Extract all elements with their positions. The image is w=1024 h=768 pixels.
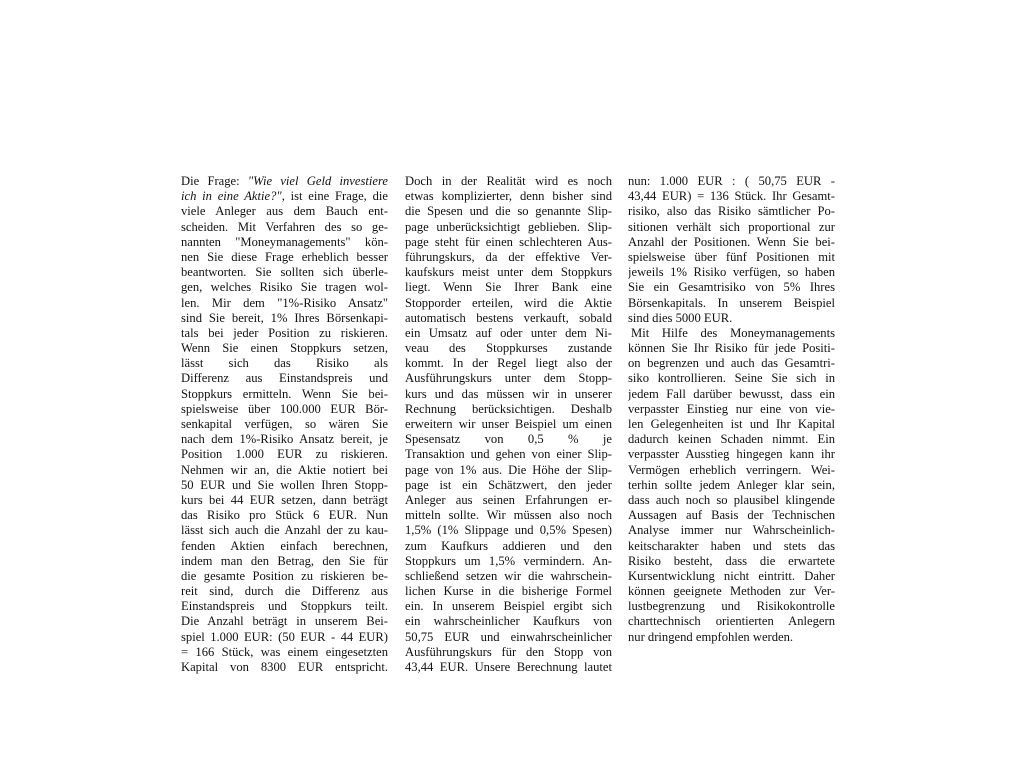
text-line: sind dies 5000 EUR. (628, 311, 835, 326)
text-line: Transaktion und gehen von einer Slip- (405, 447, 612, 462)
text-line: 50 EUR und Sie wollen Ihren Stopp- (181, 478, 388, 493)
text-line: len. Mir dem "1%-Risiko Ansatz" (181, 296, 388, 311)
text-line: lustbegrenzung und Risikokontrolle (628, 599, 835, 614)
text-line: beantworten. Sie sollten sich überle- (181, 265, 388, 280)
text-line: Einstandspreis und Stoppkurs teilt. (181, 599, 388, 614)
text-column-2: Doch in der Realität wird es noch etwas … (405, 174, 612, 675)
text-line: liegt. Wenn Sie Ihrer Bank eine (405, 280, 612, 295)
text-line: Sie ein Gesamtrisiko von 5% Ihres (628, 280, 835, 295)
text-line: können geeignete Methoden zur Ver- (628, 584, 835, 599)
text-line: Anleger aus seinen Erfahrungen er- (405, 493, 612, 508)
text-line: Ausführungskurs unter dem Stopp- (405, 371, 612, 386)
text-line: Doch in der Realität wird es noch (405, 174, 612, 189)
text-line: Börsenkapitals. In unserem Beispiel (628, 296, 835, 311)
text-line: page von 1% aus. Die Höhe der Slip- (405, 463, 612, 478)
text-line: on begrenzen und auch das Gesamtri- (628, 356, 835, 371)
text-line: spielsweise über 100.000 EUR Bör- (181, 402, 388, 417)
text-line: charttechnisch orientierten Anlegern (628, 614, 835, 629)
text-line: das Risiko pro Stück 6 EUR. Nun (181, 508, 388, 523)
text-line: risiko, also das Risiko sämtlicher Po- (628, 204, 835, 219)
text-line: nun: 1.000 EUR : ( 50,75 EUR - (628, 174, 835, 189)
text-line: die Spesen und die so genannte Slip- (405, 204, 612, 219)
text-line: kurs und das müssen wir in unserer (405, 387, 612, 402)
text-line: Nehmen wir an, die Aktie notiert bei (181, 463, 388, 478)
document-page: Die Frage: "Wie viel Geld investiere ich… (0, 0, 1024, 768)
text-line: zum Kaufkurs addieren und den (405, 539, 612, 554)
text-line: führungskurs, da der effektive Ver- (405, 250, 612, 265)
text-line: gen, welches Risiko Sie tragen wol- (181, 280, 388, 295)
text-line: fenden Aktien einfach berechnen, (181, 539, 388, 554)
text-line: Differenz aus Einstandspreis und (181, 371, 388, 386)
text-line: die gesamte Position zu riskieren be- (181, 569, 388, 584)
text-line: verpasster Ausstieg hingegen kann ihr (628, 447, 835, 462)
text-line: indem man den Betrag, den Sie für (181, 554, 388, 569)
text-column-1: Die Frage: "Wie viel Geld investiere ich… (181, 174, 388, 675)
text-line: veau des Stoppkurses zustande (405, 341, 612, 356)
text-line: dass auch noch so plausibel klingende (628, 493, 835, 508)
text-line: siko kontrollieren. Seine Sie sich in (628, 371, 835, 386)
text-line: Kapital von 8300 EUR entspricht. (181, 660, 388, 675)
text-line: Position 1.000 EUR zu riskieren. (181, 447, 388, 462)
text-line: viele Anleger aus dem Bauch ent- (181, 204, 388, 219)
text-line: kurs bei 44 EUR setzen, dann beträgt (181, 493, 388, 508)
text-column-3: nun: 1.000 EUR : ( 50,75 EUR - 43,44 EUR… (628, 174, 835, 645)
text-line: = 166 Stück, was einem eingesetzten (181, 645, 388, 660)
text-line: Analyse immer nur Wahrscheinlich- (628, 523, 835, 538)
text-line: Kursentwicklung nicht eintritt. Daher (628, 569, 835, 584)
text-line: sitionen verhält sich proportional zur (628, 220, 835, 235)
text-line: Stoppkurs um 1,5% vermindern. An- (405, 554, 612, 569)
text-line: nur dringend empfohlen werden. (628, 630, 835, 645)
text-line: Mit Hilfe des Moneymanagements (628, 326, 835, 341)
text-line: können Sie Ihr Risiko für jede Positi- (628, 341, 835, 356)
text-line: 43,44 EUR) = 136 Stück. Ihr Gesamt- (628, 189, 835, 204)
text-line: keitscharakter haben und stets das (628, 539, 835, 554)
text-line: spielsweise über fünf Positionen mit (628, 250, 835, 265)
text-line: Ausführungskurs für den Stopp von (405, 645, 612, 660)
text-line: Wenn Sie einen Stoppkurs setzen, (181, 341, 388, 356)
text-line: lässt sich das Risiko als (181, 356, 388, 371)
text-line: page unberücksichtigt geblieben. Slip- (405, 220, 612, 235)
text-line: sind Sie bereit, 1% Ihres Börsenkapi- (181, 311, 388, 326)
text-line: ich in eine Aktie?", ist eine Frage, die (181, 189, 388, 204)
text-line: jedem Fall darüber bewusst, dass ein (628, 387, 835, 402)
text-line: page steht für einen schlechteren Aus- (405, 235, 612, 250)
text-line: ein. In unserem Beispiel ergibt sich (405, 599, 612, 614)
text-line: ein Umsatz auf oder unter dem Ni- (405, 326, 612, 341)
text-line: nannten "Moneymanagements" kön- (181, 235, 388, 250)
text-line: Rechnung berücksichtigen. Deshalb (405, 402, 612, 417)
text-line: nen Sie diese Frage erheblich besser (181, 250, 388, 265)
text-line: verpasster Einstieg nur eine von vie- (628, 402, 835, 417)
text-line: reit sind, durch die Differenz aus (181, 584, 388, 599)
text-line: Stoppkurs ermitteln. Wenn Sie bei- (181, 387, 388, 402)
text-line: scheiden. Mit Verfahren des so ge- (181, 220, 388, 235)
text-line: tals bei jeder Position zu riskieren. (181, 326, 388, 341)
text-line: 1,5% (1% Slippage und 0,5% Spesen) (405, 523, 612, 538)
text-line: kommt. In der Regel liegt also der (405, 356, 612, 371)
text-line: Anzahl der Positionen. Wenn Sie bei- (628, 235, 835, 250)
text-line: Die Anzahl beträgt in unserem Bei- (181, 614, 388, 629)
text-line: Aussagen auf Basis der Technischen (628, 508, 835, 523)
text-line: Spesensatz von 0,5 % je (405, 432, 612, 447)
text-line: lichen Kurse in die bisherige Formel (405, 584, 612, 599)
text-line: etwas komplizierter, denn bisher sind (405, 189, 612, 204)
text-line: ein wahrscheinlicher Kaufkurs von (405, 614, 612, 629)
text-line: Risiko besteht, dass die erwartete (628, 554, 835, 569)
text-line: 43,44 EUR. Unsere Berechnung lautet (405, 660, 612, 675)
text-line: jeweils 1% Risiko verfügen, so haben (628, 265, 835, 280)
text-line: Stopporder erteilen, wird die Aktie (405, 296, 612, 311)
text-line: mitteln sollte. Wir müssen also noch (405, 508, 612, 523)
text-line: terhin sollte jedem Anleger klar sein, (628, 478, 835, 493)
text-line: lässt sich auch die Anzahl der zu kau- (181, 523, 388, 538)
text-line: dadurch keinen Schaden nimmt. Ein (628, 432, 835, 447)
text-line: Vermögen erheblich verringern. Wei- (628, 463, 835, 478)
text-line: nach dem 1%-Risiko Ansatz bereit, je (181, 432, 388, 447)
text-line: len Gelegenheiten ist und Ihr Kapital (628, 417, 835, 432)
text-line: kaufskurs meist unter dem Stoppkurs (405, 265, 612, 280)
text-line: schließend setzen wir die wahrschein- (405, 569, 612, 584)
text-line: senkapital verfügen, so wären Sie (181, 417, 388, 432)
text-line: automatisch bestens verkauft, sobald (405, 311, 612, 326)
text-line: 50,75 EUR und einwahrscheinlicher (405, 630, 612, 645)
text-line: erweitern wir unser Beispiel um einen (405, 417, 612, 432)
text-line: page ist ein Schätzwert, den jeder (405, 478, 612, 493)
text-line: Die Frage: "Wie viel Geld investiere (181, 174, 388, 189)
text-line: spiel 1.000 EUR: (50 EUR - 44 EUR) (181, 630, 388, 645)
